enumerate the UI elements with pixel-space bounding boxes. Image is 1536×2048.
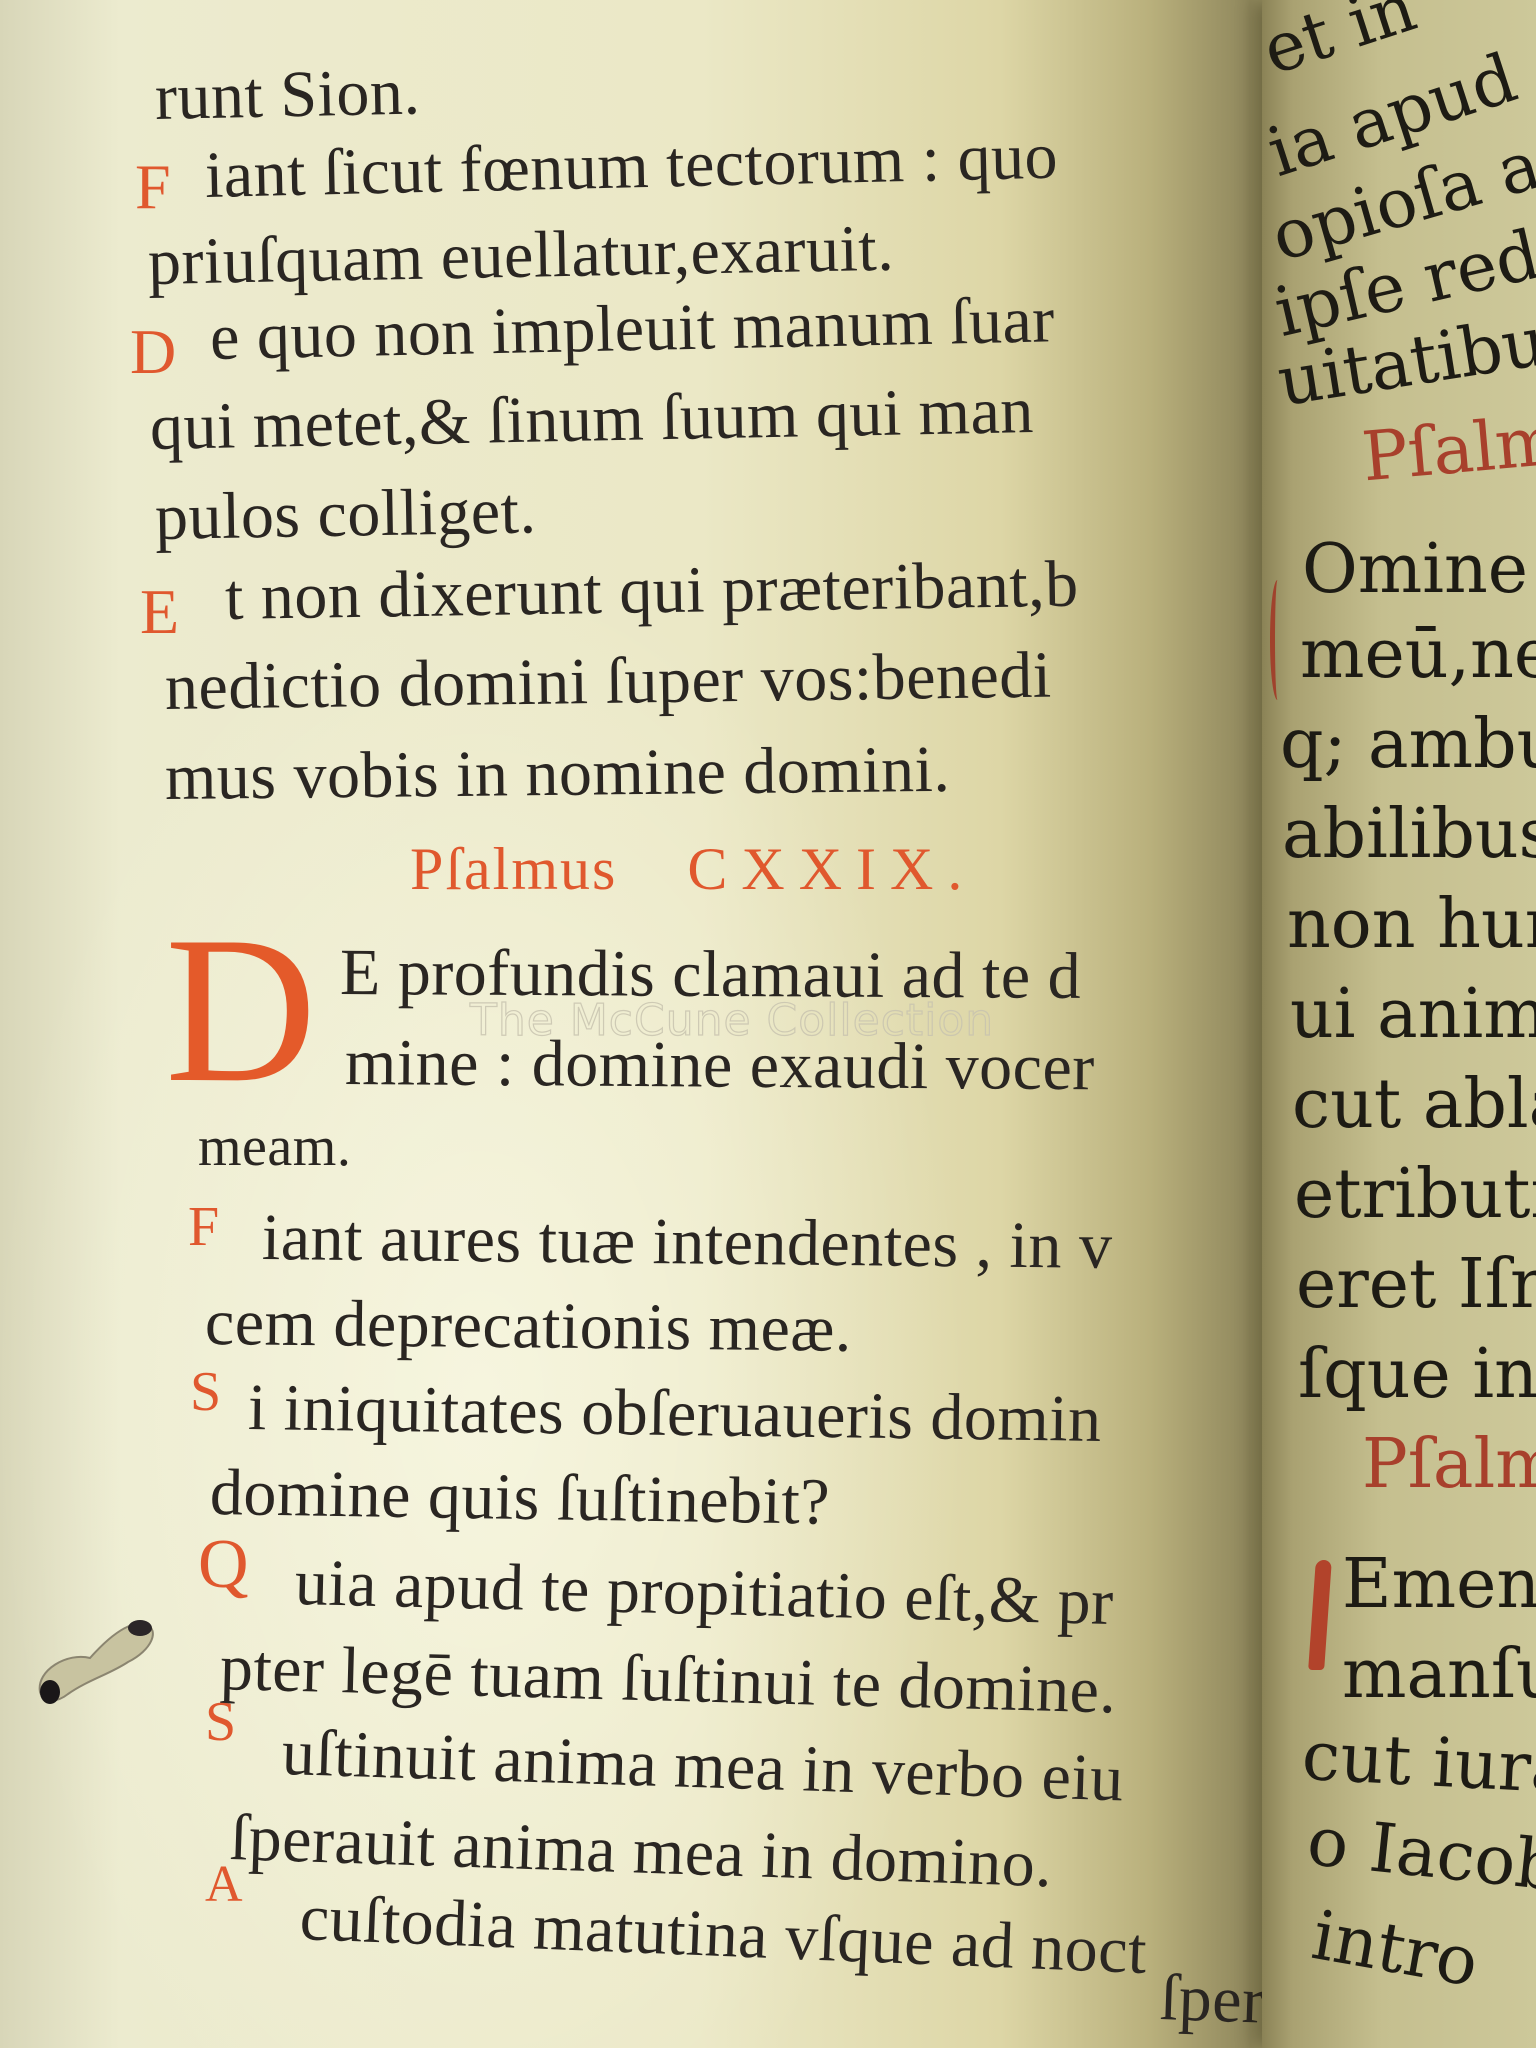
text-line: intro: [1306, 1896, 1484, 2003]
text-line: cem deprecationis meæ.: [205, 1285, 853, 1368]
text-line: iant aures tuæ intendentes , in v: [262, 1200, 1113, 1285]
text-line: o Iacob: [1304, 1802, 1536, 1907]
decorated-initial: D: [165, 905, 317, 1115]
text-line: Emen: [1342, 1545, 1536, 1624]
text-line: meam.: [198, 1115, 351, 1179]
rubric-initial: E: [140, 575, 179, 649]
text-line: mine : domine exaudi vocer: [345, 1025, 1095, 1106]
rubric-initial: D: [130, 315, 176, 389]
text-line: domine quis ſuſtinebit?: [209, 1455, 830, 1541]
text-line: nedictio domini ſuper vos:benedi: [164, 638, 1052, 726]
rubric-initial-bar: [1308, 1560, 1332, 1670]
text-line: ſque in ſ: [1298, 1335, 1536, 1414]
text-line: cut ablact: [1292, 1065, 1536, 1144]
rubric-initial-bar: [1270, 580, 1285, 700]
left-page: runt Sion. F iant ſicut fœnum tectorum :…: [0, 0, 1270, 2048]
psalm-heading-word: Pſalmus: [410, 836, 617, 902]
text-line: Pſalm: [1362, 1425, 1536, 1504]
text-line: uia apud te propitiatio eſt,& pr: [294, 1545, 1114, 1641]
text-line: eret Iſrae: [1296, 1245, 1536, 1324]
text-line: abilibus ſ: [1282, 795, 1536, 874]
text-line: uſtinuit anima mea in verbo eiu: [281, 1715, 1125, 1817]
text-line: i iniquitates obſeruaueris domin: [247, 1370, 1102, 1458]
text-line: ui anima: [1290, 975, 1536, 1054]
psalm-heading-numeral: CXXIX.: [687, 836, 976, 902]
text-line: Pſalm: [1359, 402, 1536, 498]
text-line: non humi: [1287, 885, 1536, 964]
text-line: e quo non impleuit manum ſuar: [209, 282, 1055, 376]
text-line: iant ſicut fœnum tectorum : quo: [204, 119, 1059, 214]
text-line: q; ambul: [1280, 705, 1536, 784]
text-line: ſper: [1159, 1960, 1266, 2040]
text-line: t non dixerunt qui præteribant,b: [224, 547, 1079, 636]
text-line: cut iurau: [1300, 1717, 1536, 1812]
text-line: qui metet,& ſinum ſuum qui man: [149, 373, 1034, 466]
right-page: et in ia apud do opioſa apu ipſe redim u…: [1262, 0, 1536, 2048]
rubric-initial: F: [135, 150, 171, 224]
text-line: meū,ne: [1300, 615, 1536, 694]
text-line: E profundis clamaui ad te d: [340, 935, 1082, 1015]
text-line: runt Sion.: [154, 54, 421, 136]
rubric-initial: S: [190, 1360, 221, 1424]
text-line: Omine: [1302, 530, 1528, 609]
text-line: manſu: [1342, 1635, 1536, 1714]
text-line: etributio: [1294, 1155, 1536, 1234]
text-line: mus vobis in nomine domini.: [165, 732, 951, 816]
rubric-initial: A: [205, 1855, 243, 1914]
psalm-heading: PſalmusCXXIX.: [410, 835, 976, 904]
wormhole-damage: [28, 1600, 158, 1710]
text-line: pulos colliget.: [154, 473, 537, 556]
rubric-initial: Q: [198, 1525, 249, 1605]
text-line: pter legē tuam ſuſtinui te domine.: [219, 1630, 1117, 1729]
rubric-initial: F: [188, 1195, 219, 1259]
rubric-initial: S: [205, 1690, 236, 1754]
